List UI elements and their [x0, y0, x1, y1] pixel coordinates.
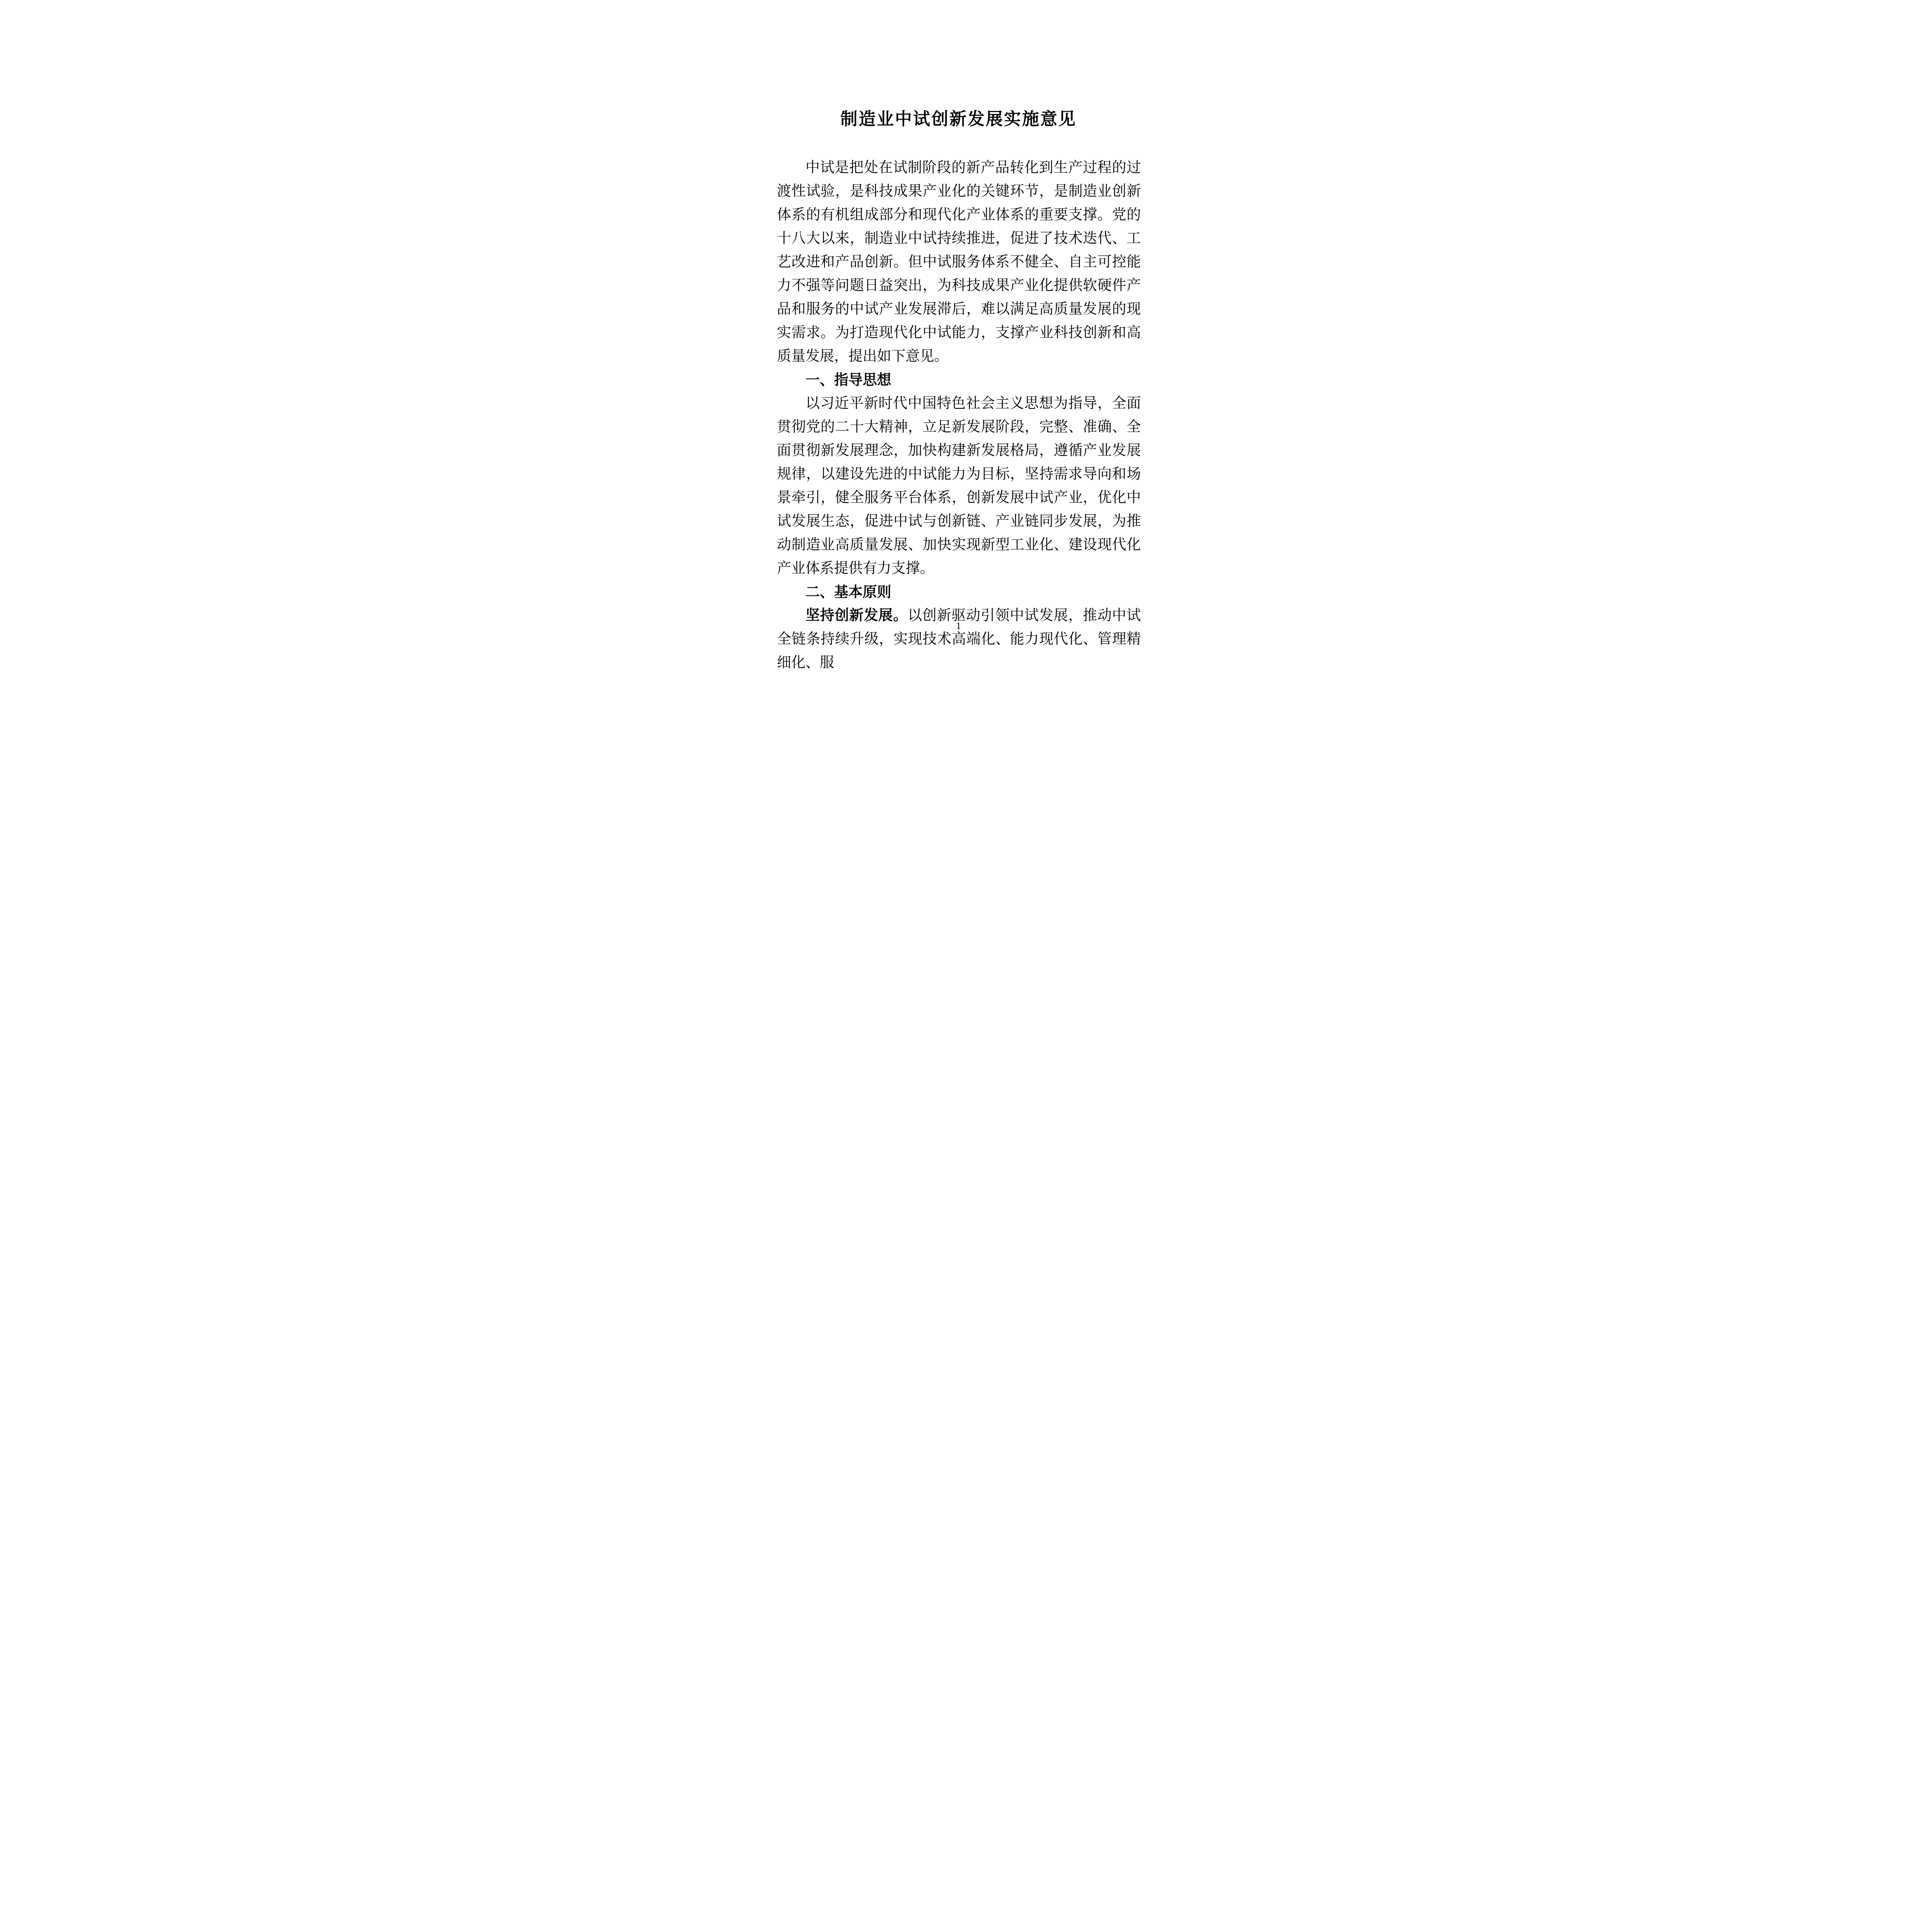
heading-guiding-ideology: 一、指导思想 [777, 368, 1141, 392]
paragraph-guiding-ideology: 以习近平新时代中国特色社会主义思想为指导，全面贯彻党的二十大精神，立足新发展阶段… [777, 392, 1141, 580]
page-number: 1 [719, 616, 1198, 636]
paragraph-innovation-principle: 坚持创新发展。以创新驱动引领中试发展，推动中试全链条持续升级，实现技术高端化、能… [777, 604, 1141, 675]
document-title: 制造业中试创新发展实施意见 [719, 106, 1198, 133]
paragraph-introduction: 中试是把处在试制阶段的新产品转化到生产过程的过渡性试验，是科技成果产业化的关键环… [777, 156, 1141, 368]
heading-basic-principles: 二、基本原则 [777, 580, 1141, 604]
document-page: 制造业中试创新发展实施意见 中试是把处在试制阶段的新产品转化到生产过程的过渡性试… [719, 0, 1198, 678]
document-body: 中试是把处在试制阶段的新产品转化到生产过程的过渡性试验，是科技成果产业化的关键环… [777, 156, 1141, 675]
